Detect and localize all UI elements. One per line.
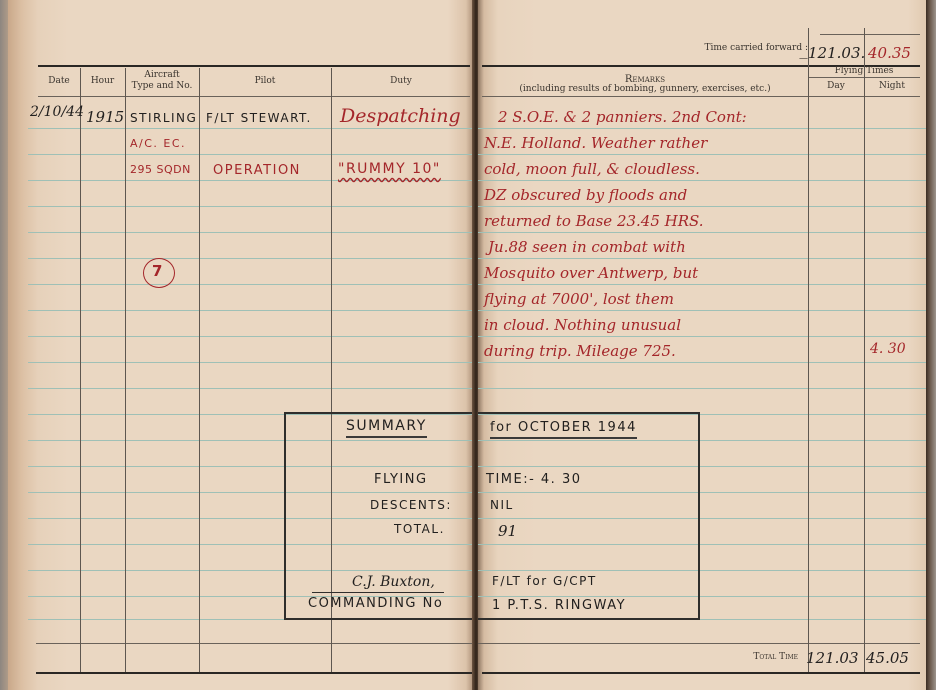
ruled-line (478, 310, 926, 311)
header-aircraft: Aircraft Type and No. (125, 70, 199, 92)
header-duty: Duty (331, 76, 471, 87)
header-remarks-subtitle: (including results of bombing, gunnery, … (482, 84, 808, 95)
column-divider (125, 68, 126, 672)
ruled-line (28, 180, 474, 181)
header-bottom-rule (38, 96, 470, 97)
header-bottom-rule (482, 96, 920, 97)
header-night: Night (864, 81, 920, 92)
remarks-line: during trip. Mileage 725. (484, 342, 676, 360)
ruled-line (478, 284, 926, 285)
remarks-line: flying at 7000', lost them (484, 290, 674, 308)
entry-aircraft-code: A/C. EC. (130, 137, 186, 150)
entry-hour: 1915 (86, 108, 124, 126)
ruled-line (478, 206, 926, 207)
summary-signature: C.J. Buxton, (352, 574, 435, 590)
entry-pilot: F/LT STEWART. (206, 111, 312, 125)
header-pilot: Pilot (199, 76, 331, 87)
entry-squadron: 295 SQDN (130, 163, 191, 176)
total-time-day: 121.03 (806, 649, 859, 667)
summary-commanding-label: COMMANDING No (308, 596, 443, 611)
remarks-line: in cloud. Nothing unusual (484, 316, 681, 334)
header-aircraft-line1: Aircraft (125, 70, 199, 81)
ruled-line (28, 154, 474, 155)
footer-thin-rule (478, 643, 920, 644)
ruled-line (478, 154, 926, 155)
ruled-line (478, 362, 926, 363)
ruled-line (478, 258, 926, 259)
ruled-line (28, 388, 474, 389)
summary-box-right (478, 412, 700, 620)
column-divider (199, 68, 200, 672)
summary-period: for OCTOBER 1944 (490, 420, 637, 439)
ruled-line (28, 206, 474, 207)
ruled-line (478, 180, 926, 181)
ruled-line (478, 388, 926, 389)
summary-total-value: 91 (498, 522, 517, 540)
total-time-night: 45.05 (866, 649, 909, 667)
header-hour: Hour (80, 76, 125, 87)
summary-flying-label: FLYING (374, 472, 428, 487)
signature-line (312, 592, 444, 593)
ruled-line (28, 310, 474, 311)
header-day: Day (808, 81, 864, 92)
total-time-label: Total Time (718, 652, 798, 663)
time-carried-forward-label: Time carried forward :— (698, 43, 808, 65)
column-divider-night (864, 28, 865, 672)
night-time-entry: 4. 30 (870, 341, 906, 357)
remarks-line: 2 S.O.E. & 2 panniers. 2nd Cont: (498, 108, 747, 126)
summary-unit-line: 1 P.T.S. RINGWAY (492, 598, 626, 613)
right-page: Time carried forward :— 121.03. 40.35 (478, 0, 926, 690)
column-divider-day (808, 28, 809, 672)
remarks-line: returned to Base 23.45 HRS. (484, 212, 704, 230)
margin-mark: 7 (152, 262, 162, 280)
header-aircraft-line2: Type and No. (125, 81, 199, 92)
footer-thick-rule (36, 672, 472, 674)
logbook-spread: Date Hour Aircraft Type and No. Pilot Du… (0, 0, 936, 690)
ruled-line (28, 284, 474, 285)
time-carried-forward-night: 40.35 (868, 44, 911, 62)
header-date: Date (38, 76, 80, 87)
header-flying-times: Flying Times (808, 66, 920, 77)
ruled-line (28, 362, 474, 363)
ruled-line (478, 232, 926, 233)
summary-time-value: TIME:- 4. 30 (486, 472, 582, 487)
entry-duty: Despatching (340, 105, 461, 127)
remarks-line: cold, moon full, & cloudless. (484, 160, 700, 178)
ruled-line (28, 336, 474, 337)
remarks-line: N.E. Holland. Weather rather (484, 134, 707, 152)
summary-descents-label: DESCENTS: (370, 498, 452, 512)
entry-duty-operation-name: "RUMMY 10" (338, 161, 441, 177)
remarks-line: Ju.88 seen in combat with (488, 238, 686, 256)
ruled-line (28, 232, 474, 233)
remarks-line: DZ obscured by floods and (484, 186, 687, 204)
ruled-line (478, 128, 926, 129)
summary-rank-line: F/LT for G/CPT (492, 574, 597, 588)
entry-pilot-operation: OPERATION (213, 163, 301, 178)
carried-forward-top-rule (820, 34, 920, 35)
entry-aircraft-type: STIRLING (130, 111, 197, 125)
summary-total-label: TOTAL. (394, 522, 445, 536)
summary-descents-value: NIL (490, 498, 514, 512)
left-page: Date Hour Aircraft Type and No. Pilot Du… (8, 0, 474, 690)
ruled-line (28, 258, 474, 259)
footer-thick-rule (482, 672, 920, 674)
time-carried-forward-day: 121.03. (808, 44, 865, 62)
ruled-line (28, 128, 474, 129)
column-divider (80, 68, 81, 672)
header-top-rule (38, 65, 470, 67)
entry-date: 2/10/44 (30, 104, 84, 120)
summary-title: SUMMARY (346, 418, 427, 438)
ruled-line (478, 336, 926, 337)
page-stack-edge-right (926, 0, 936, 690)
remarks-line: Mosquito over Antwerp, but (484, 264, 698, 282)
footer-thin-rule (36, 643, 472, 644)
